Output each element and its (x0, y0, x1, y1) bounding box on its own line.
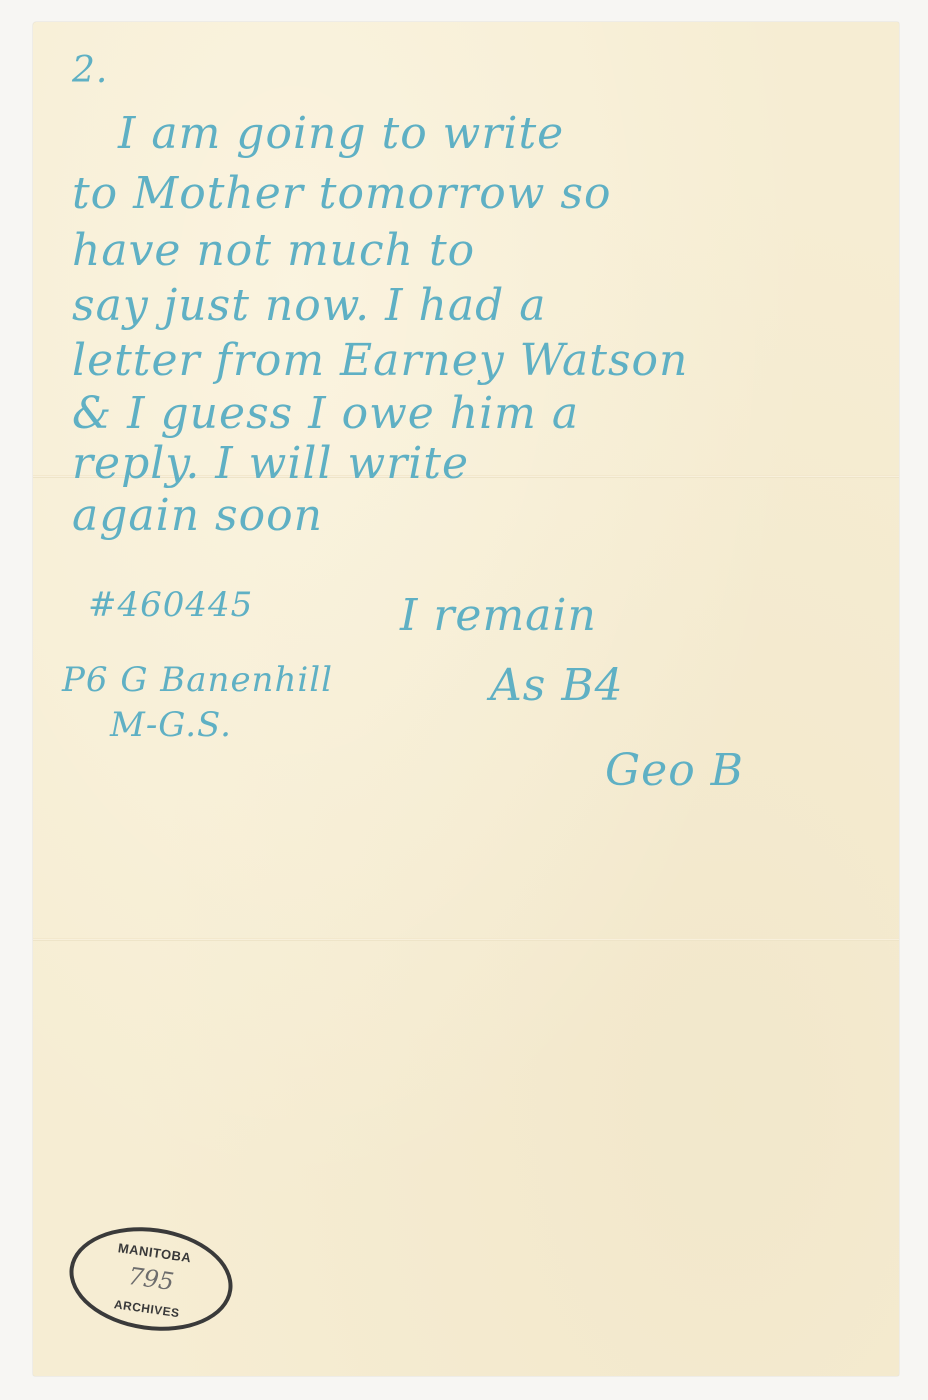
fold-line-lower (33, 938, 899, 941)
service-number: #460445 (88, 585, 253, 625)
body-line: reply. I will write (72, 438, 469, 489)
closing: I remain (400, 590, 597, 641)
body-line: letter from Earney Watson (72, 335, 688, 386)
body-line: I am going to write (118, 108, 564, 159)
sender-address-line-1: P6 G Banenhill (62, 660, 333, 700)
page-number: 2. (72, 50, 108, 91)
body-line: again soon (72, 490, 323, 541)
body-line: & I guess I owe him a (72, 388, 579, 439)
unit-note: As B4 (490, 660, 624, 711)
signature: Geo B (605, 745, 744, 796)
body-line: say just now. I had a (72, 280, 546, 331)
body-line: to Mother tomorrow so (72, 168, 611, 219)
body-line: have not much to (72, 225, 475, 276)
sender-address-line-2: M-G.S. (110, 705, 232, 745)
